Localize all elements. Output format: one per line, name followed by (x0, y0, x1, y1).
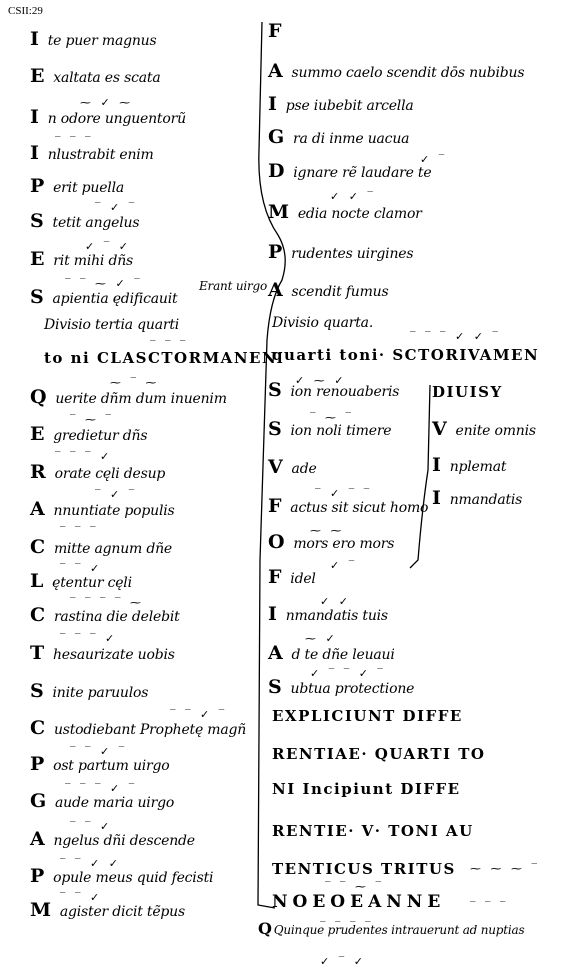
chant-incipit: In odore unguentorũ (30, 108, 186, 128)
initial-letter: A (268, 644, 283, 662)
initial-letter: I (30, 30, 39, 48)
chant-incipit: Angelus dñi descende (30, 830, 195, 850)
incipit-text: summo caelo scendit dōs nubibus (292, 64, 525, 82)
neume-notation: ‾ ‾ ‾ (470, 900, 509, 913)
chant-incipit: Ipse iubebit arcella (268, 95, 414, 115)
initial-letter: D (268, 162, 284, 180)
initial-letter: Q (30, 388, 46, 406)
chant-incipit: Fidel (268, 568, 316, 588)
incipit-text: edia nocte clamor (298, 205, 422, 223)
incipit-text: agister dicit tẽpus (60, 903, 185, 921)
incipit-text: xaltata es scata (53, 69, 160, 87)
chant-incipit: Subtua protectione (268, 678, 414, 698)
incipit-text: nmandatis (450, 491, 522, 509)
neume-notation: ‾ ‾ ‾ (60, 525, 99, 538)
incipit-text: mitte agnum dñe (54, 540, 172, 558)
incipit-text: idel (290, 570, 315, 588)
chant-incipit: Sinite paruulos (30, 682, 148, 702)
neume-notation: ✓ ‾ (330, 559, 357, 572)
rubric-caption: RENTIE· V· TONI AU (272, 822, 474, 840)
chant-incipit: RENTIE· V· TONI AU (272, 822, 474, 841)
chant-incipit: Inmandatis (432, 489, 522, 509)
initial-letter: I (268, 95, 277, 113)
initial-letter: S (268, 678, 282, 696)
rubric-caption: TENTICUS TRITUS (272, 860, 456, 878)
incipit-text: nnuntiate populis (54, 502, 175, 520)
initial-letter: P (30, 755, 44, 773)
neume-notation: ‾ ⁓ ‾ (70, 413, 114, 426)
neume-notation: ‾ ⁓ ‾ (310, 411, 354, 424)
chant-incipit: Lętentur cęli (30, 572, 132, 592)
incipit-text: nmandatis tuis (286, 607, 388, 625)
incipit-text: Divisio quarta. (272, 314, 373, 332)
chant-incipit: Egredietur dñs (30, 425, 147, 445)
incipit-text: ustodiebant Prophetę magñ (54, 721, 246, 739)
initial-letter: V (268, 458, 283, 476)
chant-incipit: Ite puer magnus (30, 30, 156, 50)
initial-letter: A (30, 500, 45, 518)
neume-notation: ‾ ✓ ‾ (95, 201, 137, 214)
chant-incipit: Popule meus quid fecisti (30, 867, 213, 887)
chant-incipit: Media nocte clamor (268, 203, 422, 223)
initial-letter: O (268, 533, 284, 551)
initial-letter: I (268, 605, 277, 623)
initial-letter: I (432, 489, 441, 507)
neume-notation: ‾ ‾ ‾ (150, 339, 189, 352)
initial-letter: P (30, 867, 44, 885)
incipit-text: n odore unguentorũ (48, 110, 186, 128)
incipit-text: ra di inme uacua (293, 130, 409, 148)
neume-notation: ‾ ‾ ⁓ ‾ (325, 880, 384, 893)
neume-notation: ‾ ‾ ✓ (60, 562, 102, 575)
chant-incipit: Venite omnis (432, 420, 536, 440)
initial-letter: C (30, 538, 45, 556)
initial-letter: S (30, 212, 44, 230)
incipit-text: ętentur cęli (52, 574, 132, 592)
chant-incipit: Querite dñm dum inuenim (30, 388, 227, 408)
incipit-text: ignare rẽ laudare te (293, 164, 431, 182)
rubric-caption: NOEOEANNE (272, 893, 445, 911)
neume-notation: ‾ ‾ ⁓ ✓ ‾ (65, 277, 143, 290)
incipit-text: aude maria uirgo (55, 794, 174, 812)
neume-notation: ✓ ‾ ✓ (85, 240, 131, 253)
incipit-text: hesaurizate uobis (53, 646, 175, 664)
neume-notation: ‾ ‾ ‾ ✓ ✓ ‾ (410, 330, 501, 343)
neume-notation: ‾ ‾ ✓ (60, 891, 102, 904)
neume-notation: ‾ ‾ ‾ ‾ ⁓ (70, 596, 144, 609)
neume-notation: ‾ ‾ ‾ ✓ ‾ (65, 782, 137, 795)
rubric-caption: NI Incipiunt DIFFE (272, 780, 461, 798)
chant-incipit: Divisio tertia quarti (44, 316, 179, 334)
chant-incipit: NI Incipiunt DIFFE (272, 780, 461, 799)
chant-incipit: Inmandatis tuis (268, 605, 388, 625)
chant-incipit: Sapientia ędificauit (30, 288, 177, 308)
chant-incipit: Dignare rẽ laudare te (268, 162, 431, 182)
initial-letter: S (268, 381, 282, 399)
initial-letter: C (30, 606, 45, 624)
neume-notation: ‾ ‾ ✓ ‾ (70, 745, 127, 758)
chant-incipit: NOEOEANNE (272, 893, 445, 912)
initial-letter: S (30, 288, 44, 306)
incipit-text: Divisio tertia quarti (44, 316, 179, 334)
initial-letter: M (30, 901, 51, 919)
incipit-text: rit mihi dñs (53, 252, 133, 270)
incipit-text: orate cęli desup (55, 465, 166, 483)
incipit-text: tetit angelus (53, 214, 140, 232)
initial-letter: R (30, 463, 46, 481)
footer-initial: Q (258, 920, 272, 938)
chant-incipit: Prudentes uirgines (268, 243, 413, 263)
chant-incipit: RENTIAE· QUARTI TO (272, 745, 485, 764)
incipit-text: pse iubebit arcella (286, 97, 414, 115)
chant-incipit: Annuntiate populis (30, 500, 175, 520)
chant-incipit: Perit puella (30, 177, 124, 197)
neume-notation: ✓ ‾ ‾ ✓ ‾ (310, 667, 386, 680)
chant-incipit: Custodiebant Prophetę magñ (30, 719, 246, 739)
neume-notation: ⁓ ‾ ⁓ (110, 376, 160, 389)
chant-incipit: DIUISY (432, 383, 503, 402)
neume-notation: ‾ ‾ ‾ ✓ (60, 632, 117, 645)
initial-letter: I (30, 108, 39, 126)
incipit-text: ngelus dñi descende (54, 832, 195, 850)
initial-letter: F (268, 568, 281, 586)
incipit-text: rastina die delebit (54, 608, 180, 626)
neume-notation: ‾ ‾ ✓ (70, 820, 112, 833)
chant-incipit: F (268, 22, 290, 42)
incipit-text: gredietur dñs (53, 427, 147, 445)
chant-incipit: Stetit angelus (30, 212, 139, 232)
initial-letter: C (30, 719, 45, 737)
initial-letter: E (30, 250, 44, 268)
neume-notation: ⁓ ⁓ (310, 524, 345, 537)
chant-incipit: Vade (268, 458, 317, 478)
initial-letter: F (268, 22, 281, 40)
initial-letter: P (268, 243, 282, 261)
initial-letter: S (30, 682, 44, 700)
marginal-note: Erant uirgo (199, 277, 267, 295)
incipit-text: ost partum uirgo (53, 757, 169, 775)
incipit-text: opule meus quid fecisti (53, 869, 213, 887)
neume-notation: ⁓ ✓ ⁓ (80, 96, 133, 109)
incipit-text: actus sit sicut homo (290, 499, 428, 517)
initial-letter: T (30, 644, 44, 662)
incipit-text: enite omnis (456, 422, 536, 440)
chant-incipit: Ad te dñe leuaui (268, 644, 395, 664)
chant-incipit: Rorate cęli desup (30, 463, 165, 483)
initial-letter: P (30, 177, 44, 195)
footer-rubric-line: QQuinque prudentes intrauerunt ad nuptia… (258, 920, 524, 939)
footer-text: Quinque prudentes intrauerunt ad nuptias (274, 921, 525, 939)
rubric-caption: DIUISY (432, 383, 503, 401)
initial-letter: F (268, 497, 281, 515)
incipit-text: mors ero mors (293, 535, 394, 553)
rubric-caption: EXPLICIUNT DIFFE (272, 707, 463, 725)
initial-letter: A (30, 830, 45, 848)
neume-notation: ‾ ✓ ‾ (95, 488, 137, 501)
initial-letter: E (30, 67, 44, 85)
chant-incipit: Post partum uirgo (30, 755, 170, 775)
chant-incipit: Cmitte agnum dñe (30, 538, 172, 558)
incipit-text: ubtua protectione (291, 680, 415, 698)
neume-notation: ✓ ✓ ‾ (330, 190, 376, 203)
neume-notation: ✓ ‾ (420, 153, 447, 166)
neume-notation: ✓ ‾ ✓ (320, 955, 366, 968)
incipit-text: rudentes uirgines (291, 245, 413, 263)
chant-incipit: Divisio quarta. (272, 314, 373, 332)
chant-incipit: TENTICUS TRITUS (272, 860, 456, 879)
initial-letter: A (268, 281, 283, 299)
neume-notation: ‾ ‾ ✓ ‾ (170, 708, 227, 721)
rubric-caption: RENTIAE· QUARTI TO (272, 745, 485, 763)
chant-incipit: Erit mihi dñs (30, 250, 133, 270)
neume-notation: ⁓ ✓ (305, 632, 338, 645)
neume-notation: ⁓ ⁓ ⁓ ‾ (470, 862, 540, 875)
initial-letter: V (432, 420, 447, 438)
chant-incipit: Crastina die delebit (30, 606, 180, 626)
chant-incipit: Asummo caelo scendit dōs nubibus (268, 62, 524, 82)
incipit-text: inite paruulos (53, 684, 149, 702)
initial-letter: M (268, 203, 289, 221)
incipit-text: erit puella (53, 179, 124, 197)
incipit-text: ion noli timere (291, 422, 392, 440)
neume-notation: ‾ ‾ ‾ ✓ (55, 450, 112, 463)
incipit-text: ade (292, 460, 317, 478)
initial-letter: E (30, 425, 44, 443)
initial-letter: L (30, 572, 43, 590)
rubric-caption: quarti toni· SCTORIVAMEN (272, 346, 539, 364)
initial-letter: S (268, 420, 282, 438)
incipit-text: scendit fumus (292, 283, 389, 301)
chant-incipit: Magister dicit tẽpus (30, 901, 185, 921)
chant-incipit: Gra di inme uacua (268, 128, 409, 148)
chant-incipit: EXPLICIUNT DIFFE (272, 707, 463, 726)
neume-notation: ‾ ✓ ‾ ‾ (315, 487, 372, 500)
neume-notation: ✓ ⁓ ✓ (295, 374, 346, 387)
chant-incipit: Factus sit sicut homo (268, 497, 428, 517)
chant-incipit: Inplemat (432, 456, 506, 476)
initial-letter: G (30, 792, 46, 810)
neume-notation: ‾ ‾ ✓ ✓ (60, 857, 121, 870)
neume-notation: ‾ ‾ ‾ (55, 135, 94, 148)
initial-letter: I (432, 456, 441, 474)
incipit-text: d te dñe leuaui (292, 646, 395, 664)
incipit-text: te puer magnus (48, 32, 157, 50)
incipit-text: uerite dñm dum inuenim (55, 390, 226, 408)
incipit-text: nlustrabit enim (48, 146, 154, 164)
chant-incipit: Thesaurizate uobis (30, 644, 175, 664)
neume-notation: ✓ ✓ (320, 595, 351, 608)
initial-letter: A (268, 62, 283, 80)
initial-letter: I (30, 144, 39, 162)
chant-incipit: quarti toni· SCTORIVAMEN (272, 346, 539, 365)
incipit-text: nplemat (450, 458, 507, 476)
initial-letter: G (268, 128, 284, 146)
chant-incipit: Gaude maria uirgo (30, 792, 174, 812)
chant-incipit: Exaltata es scata (30, 67, 160, 87)
chant-incipit: Ascendit fumus (268, 281, 388, 301)
incipit-text: apientia ędificauit (53, 290, 178, 308)
